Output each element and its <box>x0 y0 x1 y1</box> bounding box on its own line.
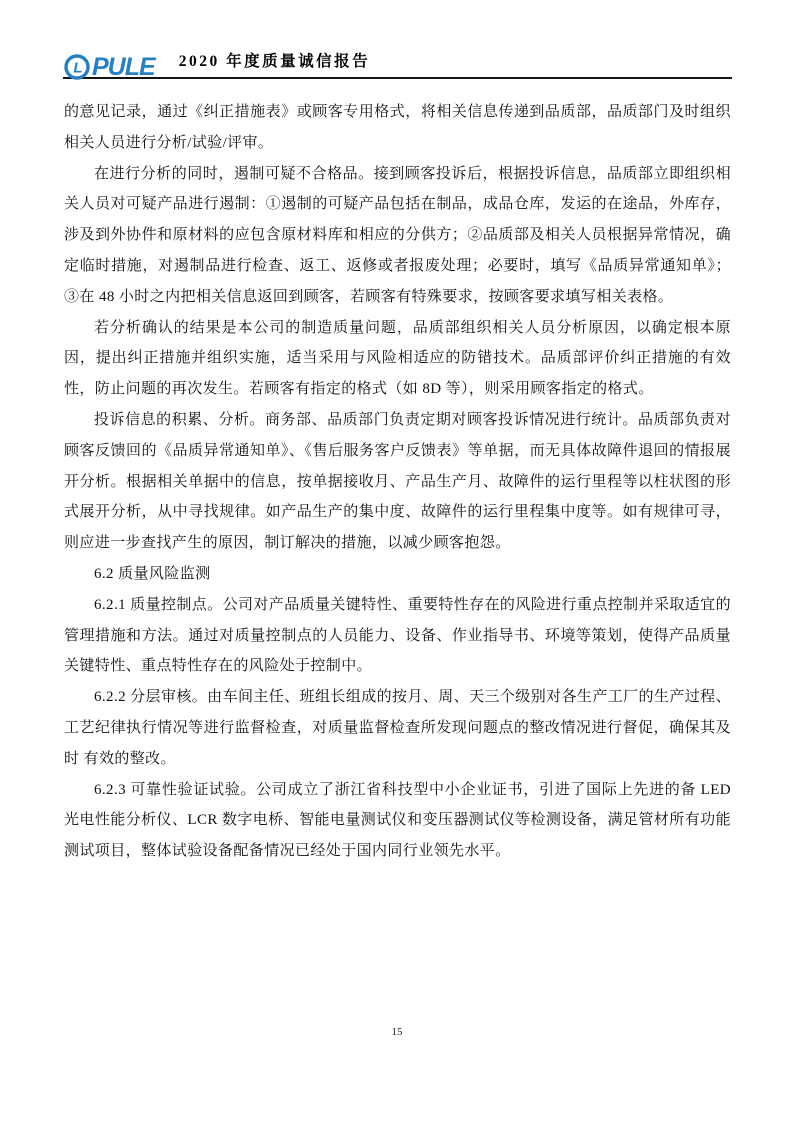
circle-l-logo-icon: L <box>63 53 91 81</box>
document-page: L PULE 2020 年度质量诚信报告 的意见记录，通过《纠正措施表》或顾客专… <box>0 0 794 1123</box>
document-body: 的意见记录，通过《纠正措施表》或顾客专用格式，将相关信息传递到品质部，品质部门及… <box>64 97 731 867</box>
section-heading-6-2: 6.2 质量风险监测 <box>64 559 731 590</box>
paragraph-6-2-2: 6.2.2 分层审核。由车间主任、班组长组成的按月、周、天三个级别对各生产工厂的… <box>64 682 731 774</box>
page-footer: 15 <box>0 1026 794 1038</box>
paragraph-6-2-1: 6.2.1 质量控制点。公司对产品质量关键特性、重要特性存在的风险进行重点控制并… <box>64 590 731 682</box>
paragraph-continuation: 的意见记录，通过《纠正措施表》或顾客专用格式，将相关信息传递到品质部，品质部门及… <box>64 97 731 159</box>
paragraph: 投诉信息的积累、分析。商务部、品质部门负责定期对顾客投诉情况进行统计。品质部负责… <box>64 405 731 559</box>
paragraph-6-2-3: 6.2.3 可靠性验证试验。公司成立了浙江省科技型中小企业证书，引进了国际上先进… <box>64 775 731 867</box>
paragraph: 若分析确认的结果是本公司的制造质量问题，品质部组织相关人员分析原因，以确定根本原… <box>64 313 731 405</box>
pule-logo: L PULE <box>63 53 155 81</box>
page-number: 15 <box>392 1026 403 1038</box>
paragraph: 在进行分析的同时，遏制可疑不合格品。接到顾客投诉后，根据投诉信息，品质部立即组织… <box>64 159 731 313</box>
report-title: 2020 年度质量诚信报告 <box>179 49 370 71</box>
page-header: L PULE 2020 年度质量诚信报告 <box>63 40 732 79</box>
pule-logo-text: PULE <box>92 55 155 80</box>
svg-text:L: L <box>73 60 82 77</box>
